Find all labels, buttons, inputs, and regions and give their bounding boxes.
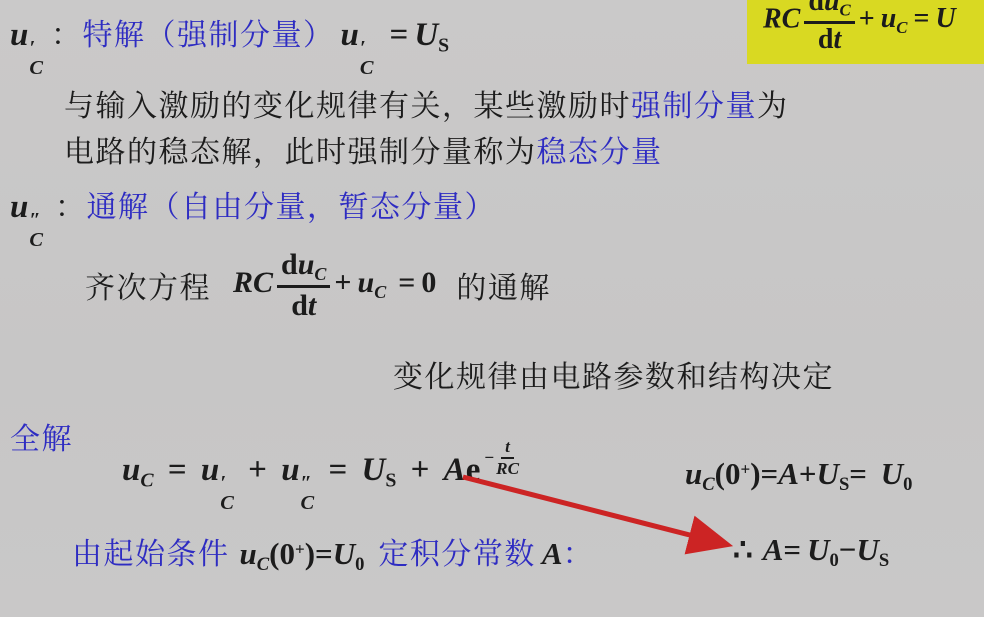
equals-sign: =	[390, 17, 409, 54]
formula-uc-prime: u′C	[10, 17, 43, 78]
homogeneous-suffix: 的通解	[456, 263, 551, 307]
result-equation: ∴ A=U0−US	[733, 532, 889, 572]
formula-rc-ode-homogeneous: RCduCdt+uC=0	[233, 248, 436, 323]
homogeneous-equation-line: 齐次方程 RCduCdt+uC=0 的通解	[85, 243, 551, 327]
red-arrow	[438, 466, 748, 561]
paragraph-text: 与输入激励的变化规律有关，某些激励时	[64, 90, 631, 123]
formula-a-equals-u0-minus-us: A=U0−US	[763, 532, 889, 572]
steady-state-component-term: 稳态分量	[537, 136, 663, 169]
condition-prefix: 由起始条件	[72, 529, 230, 573]
particular-solution-line: u′C ： 特解（强制分量） u′C = US	[10, 10, 449, 78]
coeff-rc: RC	[763, 3, 800, 34]
homogeneous-label: 齐次方程	[85, 263, 211, 307]
highlighted-circuit-equation: RCduCdt+uC=U	[747, 0, 984, 64]
general-solution-label: 通解（自由分量，暂态分量）	[87, 182, 497, 226]
formula-us: US	[414, 17, 449, 57]
colon-separator: ：	[55, 182, 87, 226]
forced-component-paragraph: 与输入激励的变化规律有关，某些激励时强制分量为 电路的稳态解，此时强制分量称为稳…	[64, 84, 789, 176]
slide-background: RCduCdt+uC=U u′C ： 特解（强制分量） u′C = US 与输入…	[0, 0, 984, 617]
full-solution-label: 全解	[10, 414, 73, 458]
formula-rc-ode-forced: RCduCdt+uC=U	[763, 0, 956, 55]
colon-separator: ：	[51, 10, 83, 54]
formula-uc0-u0: uC(0+)=U0	[240, 536, 365, 576]
formula-uc-prime-2: u′C	[341, 17, 374, 78]
fraction-duc-dt: duCdt	[804, 0, 854, 55]
general-solution-line: u″C ： 通解（自由分量，暂态分量）	[10, 182, 496, 250]
formula-uc-double-prime: u″C	[10, 189, 43, 250]
forced-component-term: 强制分量	[631, 90, 757, 123]
fraction-duc-dt: duCdt	[277, 248, 330, 323]
particular-solution-label: 特解（强制分量）	[83, 10, 335, 54]
variation-rule-line: 变化规律由电路参数和结构决定	[393, 352, 834, 396]
